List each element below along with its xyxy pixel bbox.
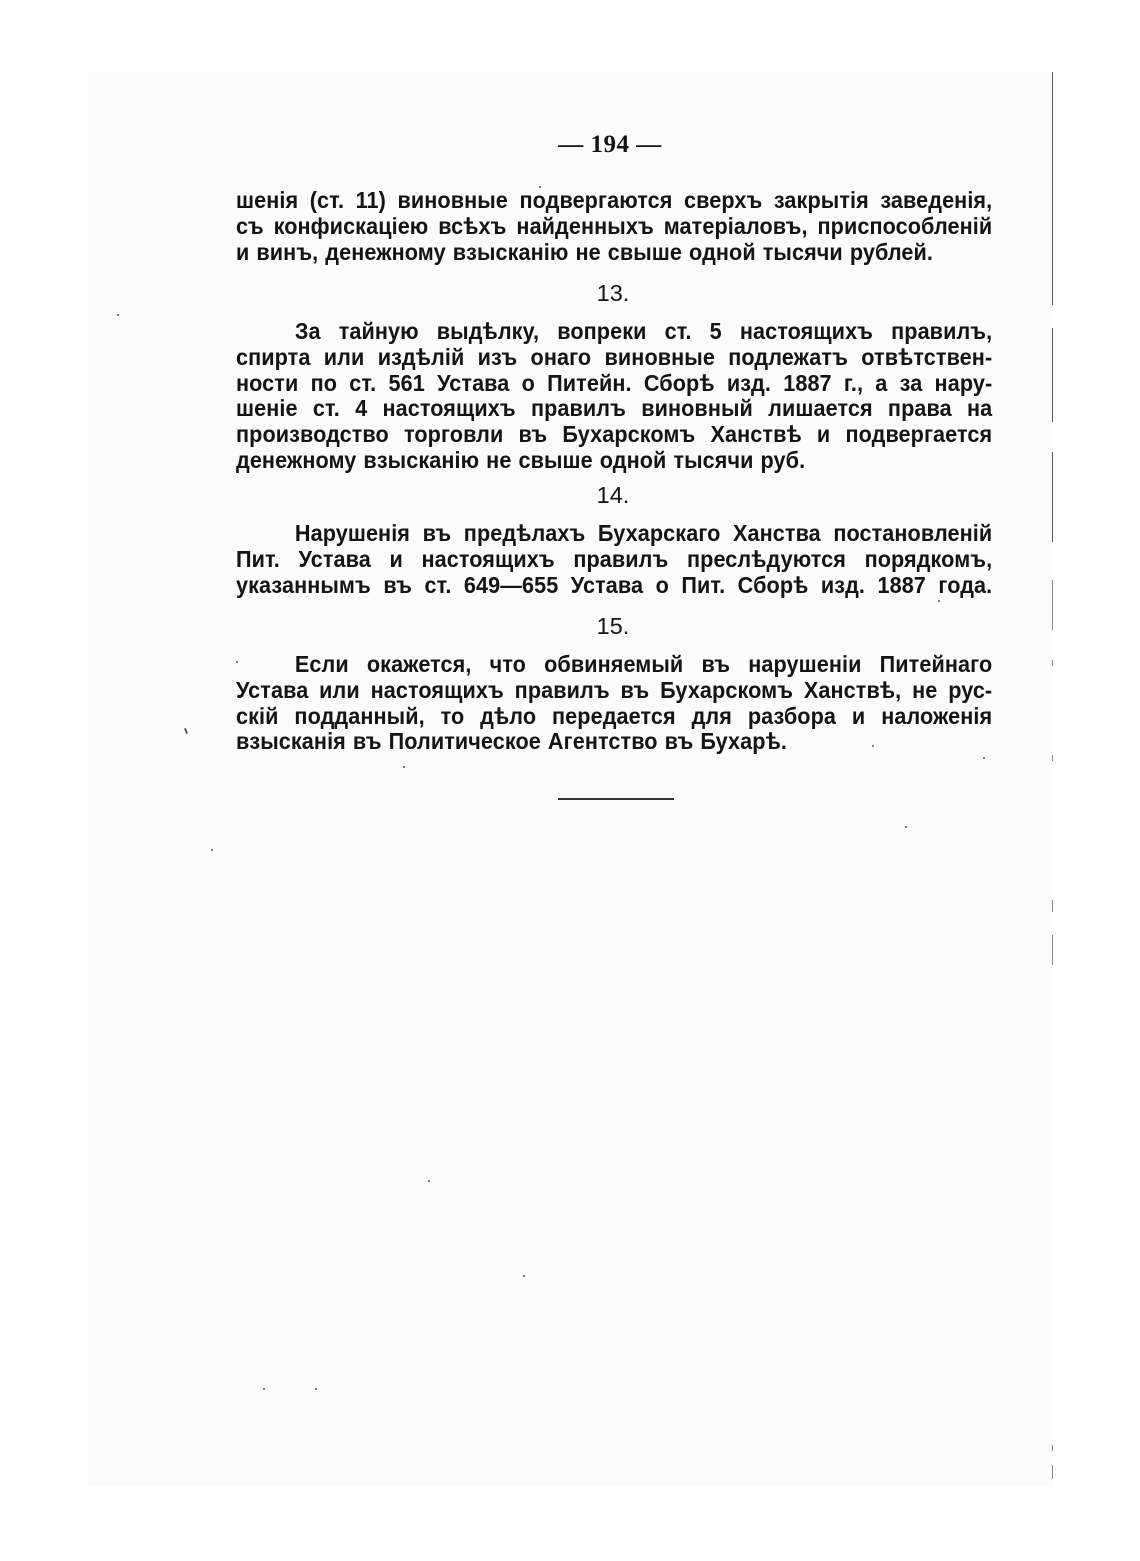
scan-speck [263,1388,265,1390]
scan-edge-dash [1052,900,1053,912]
scan-edge-dash [1052,1445,1053,1451]
scan-speck [523,1275,525,1277]
section-number-15: 15. [0,613,1140,640]
text-line: спирта или издѣлій изъ онаго виновные по… [236,345,992,371]
scan-speck [403,766,405,768]
section-14-paragraph: Нарушенія въ предѣлахъ Бухарскаго Ханств… [236,521,992,598]
text-line: шеніе ст. 4 настоящихъ правилъ виновный … [236,396,992,422]
text-line: и винъ, денежному взысканію не свыше одн… [236,240,992,266]
scan-edge-dash [1052,1465,1053,1479]
scan-edge-dash [1052,935,1053,965]
text-line: ности по ст. 561 Устава о Питейн. Сборѣ … [236,371,992,397]
section-15-paragraph: Если окажется, что обвиняемый въ нарушен… [236,652,992,755]
scan-speck [905,826,907,828]
scan-speck [938,600,940,602]
section-13-paragraph: За тайную выдѣлку, вопреки ст. 5 настоящ… [236,319,992,474]
text-line: За тайную выдѣлку, вопреки ст. 5 настоящ… [236,319,992,345]
scan-speck [211,849,213,851]
text-line: съ конфискаціею всѣхъ найденныхъ матеріа… [236,214,992,240]
text-line: денежному взысканію не свыше одной тысяч… [236,448,992,474]
section-number-14: 14. [0,482,1140,509]
page-number: — 194 — [0,131,1140,159]
end-rule-divider [558,798,674,800]
text-line: Устава или настоящихъ правилъ въ Бухарск… [236,678,992,704]
scan-speck [117,314,119,316]
text-line: скій подданный, то дѣло передается для р… [236,704,992,730]
continuation-paragraph: шенія (ст. 11) виновные подвергаются све… [236,188,992,265]
scan-edge-line [1052,328,1053,422]
scan-speck [315,1388,317,1390]
text-line: Если окажется, что обвиняемый въ нарушен… [236,652,992,678]
scan-speck [983,757,985,759]
text-line: шенія (ст. 11) виновные подвергаются све… [236,188,992,214]
text-line: указаннымъ въ ст. 649—655 Устава о Пит. … [236,573,992,599]
text-line: производство торговли въ Бухарскомъ Ханс… [236,422,992,448]
scan-speck [428,1180,430,1182]
scan-edge-dash [1052,660,1053,666]
scan-edge-line [1052,72,1053,305]
section-number-13: 13. [0,280,1140,307]
text-line: взысканія въ Политическое Агентство въ Б… [236,729,992,755]
text-line: Нарушенія въ предѣлахъ Бухарскаго Ханств… [236,521,992,547]
text-line: Пит. Устава и настоящихъ правилъ преслѣд… [236,547,992,573]
scan-edge-dash [1052,755,1053,761]
